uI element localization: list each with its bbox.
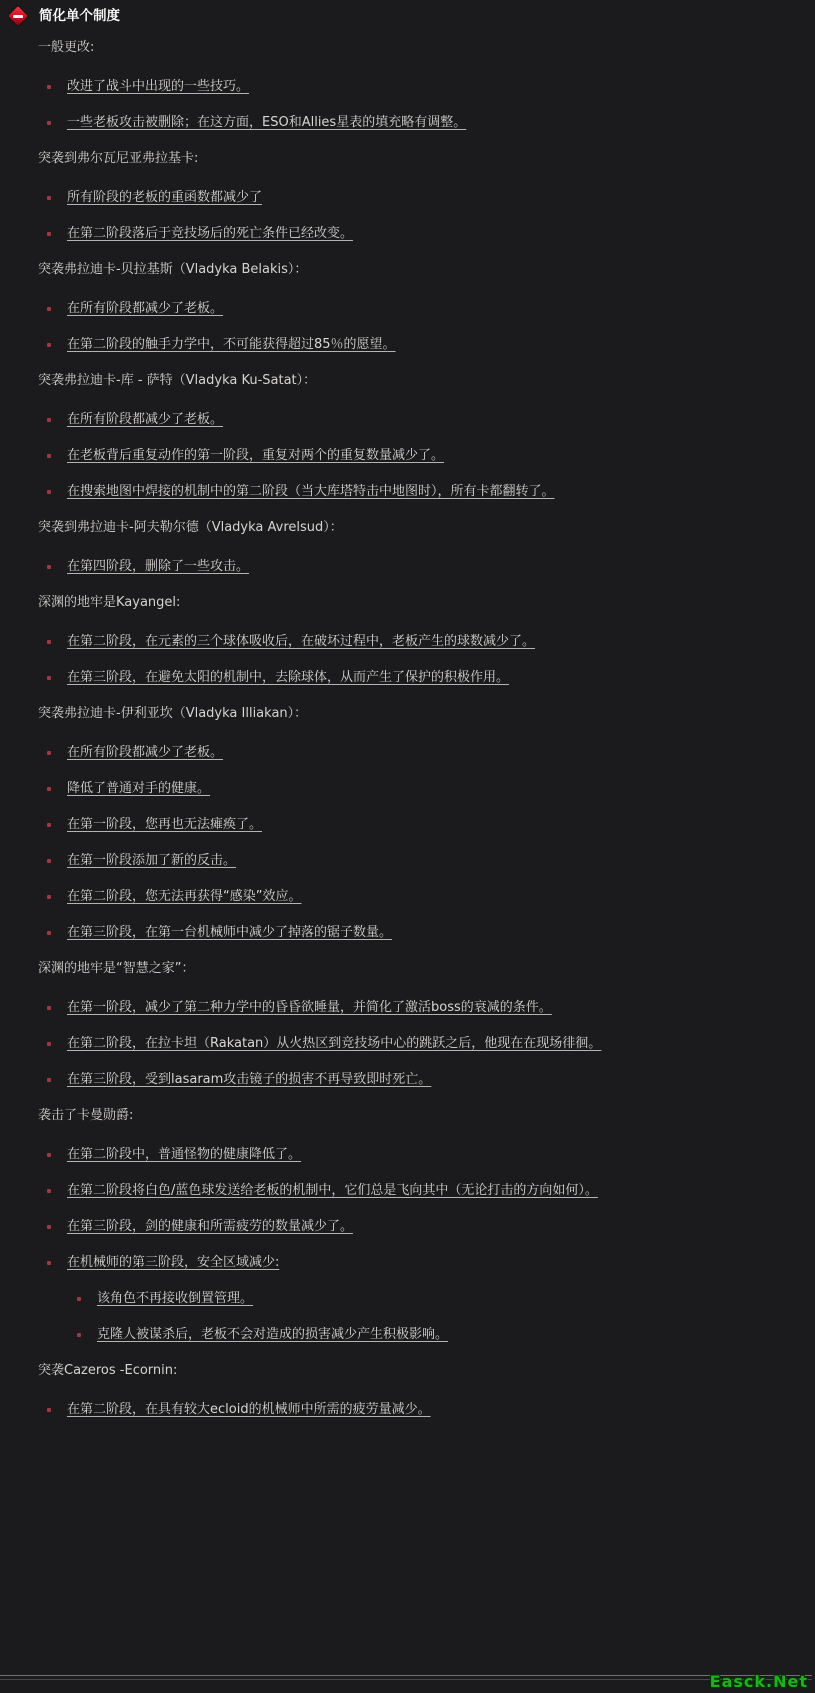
bullet-item: 在第二阶段，在拉卡坦（Rakatan）从火热区到竞技场中心的跳跃之后，他现在在现… [38,1035,787,1053]
bullet-text: 在第三阶段，受到lasaram攻击镜子的损害不再导致即时死亡。 [67,1072,431,1087]
bullet-icon [47,1408,51,1412]
bullet-icon [77,1333,81,1337]
bullet-item: 在第三阶段，受到lasaram攻击镜子的损害不再导致即时死亡。 [38,1071,787,1089]
bullet-item: 克隆人被谋杀后，老板不会对造成的损害减少产生积极影响。 [68,1326,787,1344]
section: 突袭到弗拉迪卡-阿夫勒尔德（Vladyka Avrelsud）：在第四阶段，删除… [38,519,787,576]
bullet-item: 在第二阶段，在具有较大ecloid的机械师中所需的疲劳量减少。 [38,1401,787,1419]
bullet-item: 在第三阶段，在第一台机械师中减少了掉落的锯子数量。 [38,924,787,942]
bullet-icon [47,823,51,827]
bullet-list: 在第一阶段，减少了第二种力学中的昏昏欲睡量，并简化了激活boss的衰减的条件。在… [38,999,787,1089]
bullet-icon [47,85,51,89]
bullet-item: 在第一阶段添加了新的反击。 [38,852,787,870]
bullet-icon [47,565,51,569]
bullet-item: 在所有阶段都减少了老板。 [38,300,787,318]
bullet-icon [47,787,51,791]
section-header: 突袭Cazeros -Ecornin: [38,1362,787,1380]
bullet-item: 在第一阶段，减少了第二种力学中的昏昏欲睡量，并简化了激活boss的衰减的条件。 [38,999,787,1017]
bullet-icon [47,418,51,422]
watermark: Easck.Net [710,1673,808,1691]
bullet-text: 克隆人被谋杀后，老板不会对造成的损害减少产生积极影响。 [97,1327,448,1342]
bullet-icon [47,1042,51,1046]
bullet-list: 所有阶段的老板的重函数都减少了在第二阶段落后于竞技场后的死亡条件已经改变。 [38,189,787,243]
bullet-item: 在所有阶段都减少了老板。 [38,744,787,762]
bullet-item: 在第二阶段的触手力学中，不可能获得超过85％的愿望。 [38,336,787,354]
bottom-divider [0,1675,812,1680]
bullet-text: 在第二阶段中，普通怪物的健康降低了。 [67,1147,301,1162]
section-header: 深渊的地牢是Kayangel: [38,594,787,612]
bullet-list: 改进了战斗中出现的一些技巧。一些老板攻击被删除；在这方面，ESO和Allies星… [38,78,787,132]
bullet-item: 所有阶段的老板的重函数都减少了 [38,189,787,207]
section: 袭击了卡曼勋爵:在第二阶段中，普通怪物的健康降低了。在第二阶段将白色/蓝色球发送… [38,1107,787,1344]
bullet-text: 在第一阶段，减少了第二种力学中的昏昏欲睡量，并简化了激活boss的衰减的条件。 [67,1000,552,1015]
bullet-icon [47,751,51,755]
bullet-text: 改进了战斗中出现的一些技巧。 [67,79,249,94]
bullet-item: 在第二阶段，您无法再获得“感染”效应。 [38,888,787,906]
bullet-icon [47,1189,51,1193]
bullet-icon [77,1297,81,1301]
bullet-icon [47,121,51,125]
bullet-item: 在第三阶段，剑的健康和所需疲劳的数量减少了。 [38,1218,787,1236]
bullet-icon [47,454,51,458]
bullet-item: 在第二阶段中，普通怪物的健康降低了。 [38,1146,787,1164]
bullet-icon [47,676,51,680]
section: 一般更改:改进了战斗中出现的一些技巧。一些老板攻击被删除；在这方面，ESO和Al… [38,39,787,132]
bullet-item: 改进了战斗中出现的一些技巧。 [38,78,787,96]
bullet-text: 所有阶段的老板的重函数都减少了 [67,190,262,205]
bullet-icon [47,895,51,899]
bullet-icon [47,640,51,644]
bullet-text: 在所有阶段都减少了老板。 [67,745,223,760]
bullet-text: 在第三阶段，剑的健康和所需疲劳的数量减少了。 [67,1219,353,1234]
bullet-icon [47,1261,51,1265]
bullet-text: 在第二阶段，您无法再获得“感染”效应。 [67,889,301,904]
bullet-list: 在所有阶段都减少了老板。降低了普通对手的健康。在第一阶段，您再也无法瘫痪了。在第… [38,744,787,942]
section-header: 突袭到弗尔瓦尼亚弗拉基卡: [38,150,787,168]
bullet-item: 在所有阶段都减少了老板。 [38,411,787,429]
bullet-text: 在第一阶段添加了新的反击。 [67,853,236,868]
bullet-list: 在第二阶段，在元素的三个球体吸收后，在破坏过程中，老板产生的球数减少了。在第三阶… [38,633,787,687]
page-title: 简化单个制度 [39,7,120,25]
bullet-text: 在第三阶段，在避免太阳的机制中，去除球体，从而产生了保护的积极作用。 [67,670,509,685]
section-header: 突袭弗拉迪卡-库 - 萨特（Vladyka Ku-Satat）： [38,372,787,390]
bullet-item: 在第二阶段，在元素的三个球体吸收后，在破坏过程中，老板产生的球数减少了。 [38,633,787,651]
section: 深渊的地牢是“智慧之家”：在第一阶段，减少了第二种力学中的昏昏欲睡量，并简化了激… [38,960,787,1089]
bullet-item: 降低了普通对手的健康。 [38,780,787,798]
bullet-icon [47,1153,51,1157]
bullet-icon [47,859,51,863]
bullet-text: 在第二阶段将白色/蓝色球发送给老板的机制中，它们总是飞向其中（无论打击的方向如何… [67,1183,598,1198]
bullet-text: 在老板背后重复动作的第一阶段，重复对两个的重复数量减少了。 [67,448,444,463]
bullet-icon [47,196,51,200]
bullet-text: 在第三阶段，在第一台机械师中减少了掉落的锯子数量。 [67,925,392,940]
bullet-list: 在第二阶段中，普通怪物的健康降低了。在第二阶段将白色/蓝色球发送给老板的机制中，… [38,1146,787,1344]
bullet-item: 在机械师的第三阶段，安全区域减少: [38,1254,787,1272]
section: 突袭Cazeros -Ecornin:在第二阶段，在具有较大ecloid的机械师… [38,1362,787,1419]
bullet-icon [47,1225,51,1229]
section-header: 袭击了卡曼勋爵: [38,1107,787,1125]
section-header: 一般更改: [38,39,787,57]
bullet-text: 在第四阶段，删除了一些攻击。 [67,559,249,574]
doc-header: 简化单个制度 [0,0,815,26]
bullet-text: 在所有阶段都减少了老板。 [67,412,223,427]
bullet-list: 在所有阶段都减少了老板。在第二阶段的触手力学中，不可能获得超过85％的愿望。 [38,300,787,354]
bullet-text: 该角色不再接收倒置管理。 [97,1291,253,1306]
bullet-item: 在第一阶段，您再也无法瘫痪了。 [38,816,787,834]
bullet-icon [47,931,51,935]
section: 突袭弗拉迪卡-伊利亚坎（Vladyka Illiakan）：在所有阶段都减少了老… [38,705,787,942]
bullet-icon [47,343,51,347]
content: 一般更改:改进了战斗中出现的一些技巧。一些老板攻击被删除；在这方面，ESO和Al… [0,39,815,1419]
bullet-item: 在第三阶段，在避免太阳的机制中，去除球体，从而产生了保护的积极作用。 [38,669,787,687]
bullet-item: 在第二阶段将白色/蓝色球发送给老板的机制中，它们总是飞向其中（无论打击的方向如何… [38,1182,787,1200]
bullet-icon [47,232,51,236]
bullet-text: 在第一阶段，您再也无法瘫痪了。 [67,817,262,832]
section: 突袭弗拉迪卡-贝拉基斯（Vladyka Belakis）：在所有阶段都减少了老板… [38,261,787,354]
bullet-icon [47,1078,51,1082]
bullet-text: 一些老板攻击被删除；在这方面，ESO和Allies星表的填充略有调整。 [67,115,466,130]
bullet-list: 在第二阶段，在具有较大ecloid的机械师中所需的疲劳量减少。 [38,1401,787,1419]
bullet-text: 在机械师的第三阶段，安全区域减少: [67,1255,279,1270]
bullet-item: 在搜索地图中焊接的机制中的第二阶段（当大库塔特击中地图时），所有卡都翻转了。 [38,483,787,501]
bullet-item: 一些老板攻击被删除；在这方面，ESO和Allies星表的填充略有调整。 [38,114,787,132]
bullet-list: 在第四阶段，删除了一些攻击。 [38,558,787,576]
bullet-item: 该角色不再接收倒置管理。 [68,1290,787,1308]
bullet-text: 在第二阶段落后于竞技场后的死亡条件已经改变。 [67,226,353,241]
bullet-icon [47,307,51,311]
bullet-item: 在第四阶段，删除了一些攻击。 [38,558,787,576]
bullet-icon [47,490,51,494]
section-header: 突袭弗拉迪卡-伊利亚坎（Vladyka Illiakan）： [38,705,787,723]
bullet-text: 在第二阶段，在具有较大ecloid的机械师中所需的疲劳量减少。 [67,1402,431,1417]
bullet-text: 在第二阶段的触手力学中，不可能获得超过85％的愿望。 [67,337,396,352]
section: 突袭到弗尔瓦尼亚弗拉基卡:所有阶段的老板的重函数都减少了在第二阶段落后于竞技场后… [38,150,787,243]
bullet-icon [47,1006,51,1010]
bullet-text: 在所有阶段都减少了老板。 [67,301,223,316]
section-header: 突袭到弗拉迪卡-阿夫勒尔德（Vladyka Avrelsud）： [38,519,787,537]
section: 突袭弗拉迪卡-库 - 萨特（Vladyka Ku-Satat）：在所有阶段都减少… [38,372,787,501]
bullet-text: 降低了普通对手的健康。 [67,781,210,796]
section: 深渊的地牢是Kayangel:在第二阶段，在元素的三个球体吸收后，在破坏过程中，… [38,594,787,687]
section-header: 深渊的地牢是“智慧之家”： [38,960,787,978]
bullet-text: 在第二阶段，在元素的三个球体吸收后，在破坏过程中，老板产生的球数减少了。 [67,634,535,649]
bullet-list: 在所有阶段都减少了老板。在老板背后重复动作的第一阶段，重复对两个的重复数量减少了… [38,411,787,501]
bullet-item: 在老板背后重复动作的第一阶段，重复对两个的重复数量减少了。 [38,447,787,465]
bullet-text: 在第二阶段，在拉卡坦（Rakatan）从火热区到竞技场中心的跳跃之后，他现在在现… [67,1036,601,1051]
bullet-text: 在搜索地图中焊接的机制中的第二阶段（当大库塔特击中地图时），所有卡都翻转了。 [67,484,555,499]
section-header: 突袭弗拉迪卡-贝拉基斯（Vladyka Belakis）： [38,261,787,279]
collapse-diamond-minus-icon[interactable] [8,6,28,26]
bullet-item: 在第二阶段落后于竞技场后的死亡条件已经改变。 [38,225,787,243]
